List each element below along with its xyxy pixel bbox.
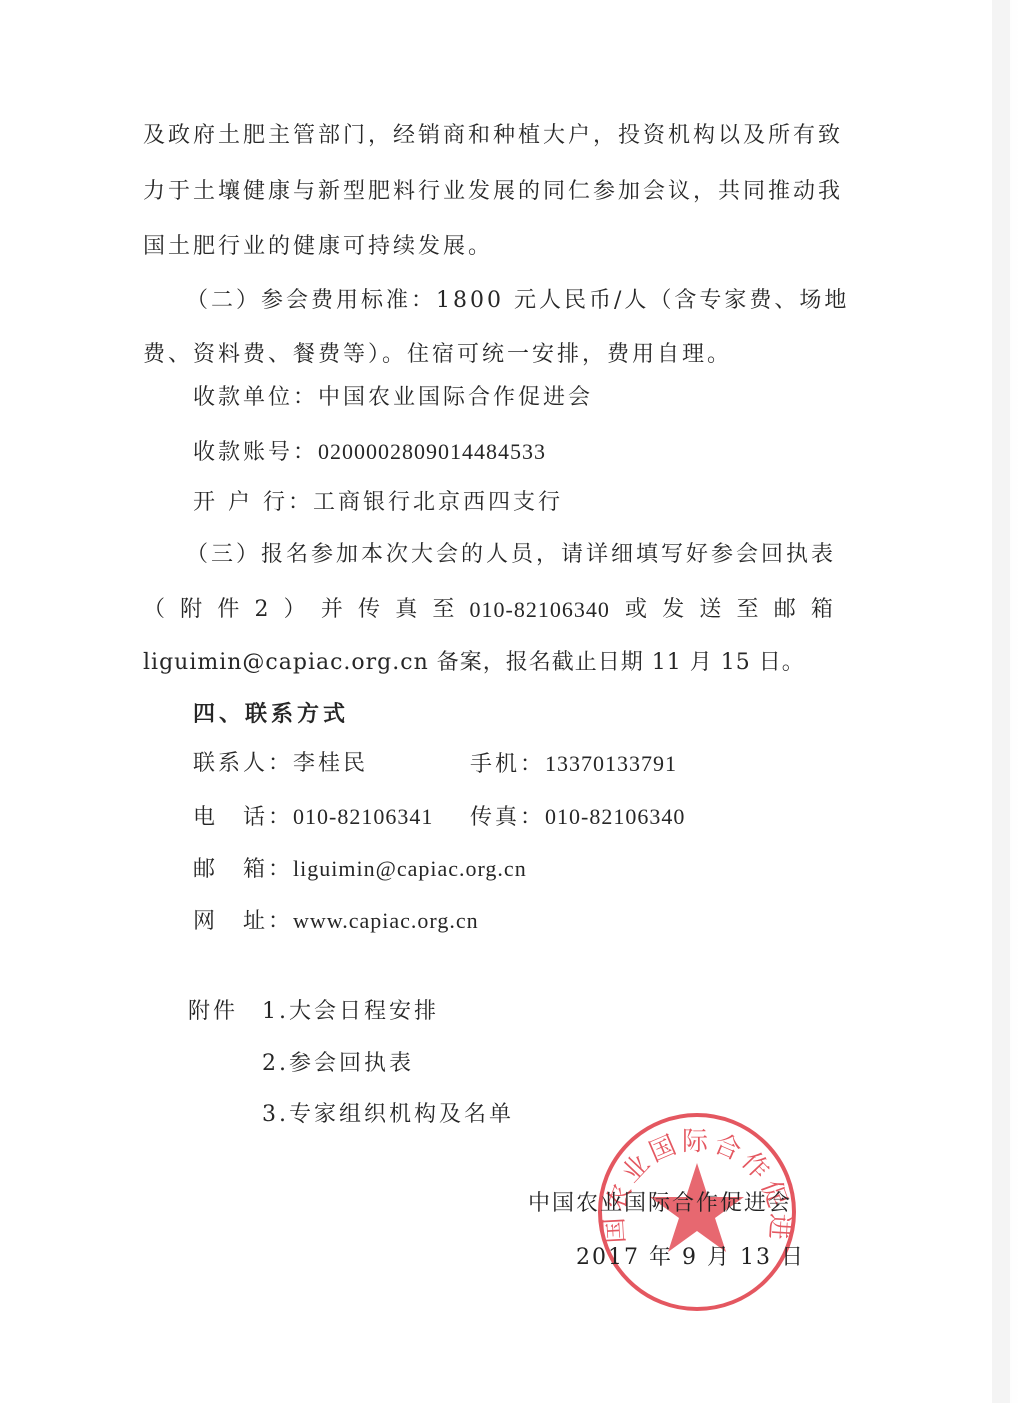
attachment-item-1: 1.大会日程安排 — [262, 997, 439, 1027]
attachments-label: 附件 — [188, 997, 238, 1027]
signature-date: 2017 年 9 月 13 日 — [576, 1243, 805, 1273]
registration-line-1: （三）报名参加本次大会的人员，请详细填写好参会回执表 — [186, 540, 836, 570]
bank-row: 开 户 行：工商银行北京西四支行 — [193, 488, 563, 518]
fee-line-1: （二）参会费用标准：1800 元人民币/人（含专家费、场地 — [186, 286, 849, 316]
contact-person-row: 联系人：李桂民 — [193, 749, 368, 779]
account-label: 收款账号： — [193, 440, 318, 465]
fax-row: 传真：010-82106340 — [470, 802, 685, 833]
mobile-row: 手机：13370133791 — [470, 749, 677, 780]
phone-label: 电 话： — [193, 805, 293, 830]
contact-person-label: 联系人： — [193, 751, 293, 776]
email-label: 邮 箱： — [193, 857, 293, 882]
payee-label: 收款单位： — [193, 385, 318, 410]
account-row: 收款账号：0200002809014484533 — [193, 437, 546, 468]
bank-value: 工商银行北京西四支行 — [313, 490, 563, 515]
website-row: 网 址：www.capiac.org.cn — [193, 906, 479, 937]
fax-label: 传真： — [470, 805, 545, 830]
mobile-label: 手机： — [470, 752, 545, 777]
seal-text: 中国农业国际合作促进会 — [597, 1111, 795, 1244]
account-value: 0200002809014484533 — [318, 439, 546, 464]
fee-line-2: 费、资料费、餐费等）。住宿可统一安排，费用自理。 — [143, 340, 732, 370]
intro-line-3: 国土肥行业的健康可持续发展。 — [143, 232, 493, 262]
fax-number-inline: 010-82106340 — [470, 595, 610, 625]
fax-value: 010-82106340 — [545, 804, 685, 829]
phone-value: 010-82106341 — [293, 804, 433, 829]
payee-value: 中国农业国际合作促进会 — [318, 385, 593, 410]
contact-heading: 四、联系方式 — [193, 700, 349, 730]
email-row: 邮 箱：liguimin@capiac.org.cn — [193, 854, 527, 885]
intro-line-2: 力于土壤健康与新型肥料行业发展的同仁参加会议，共同推动我 — [143, 177, 843, 207]
website-label: 网 址： — [193, 909, 293, 934]
registration-line-2: （ 附 件 2 ） 并 传 真 至 010-82106340 或 发 送 至 邮… — [143, 595, 833, 625]
payee-row: 收款单位：中国农业国际合作促进会 — [193, 383, 593, 413]
attachment-item-2: 2.参会回执表 — [262, 1049, 414, 1079]
intro-line-1: 及政府土肥主管部门，经销商和种植大户，投资机构以及所有致 — [143, 121, 843, 151]
scan-page-edge — [992, 0, 1020, 1403]
registration-line-3: liguimin@capiac.org.cn 备案，报名截止日期 11 月 15… — [143, 648, 805, 678]
contact-person-value: 李桂民 — [293, 751, 368, 776]
bank-label: 开 户 行： — [193, 490, 313, 515]
mobile-value: 13370133791 — [545, 751, 677, 776]
attachment-item-3: 3.专家组织机构及名单 — [262, 1100, 514, 1130]
phone-row: 电 话：010-82106341 — [193, 802, 433, 833]
website-link[interactable]: www.capiac.org.cn — [293, 908, 479, 933]
signature-organization: 中国农业国际合作促进会 — [528, 1189, 792, 1219]
email-link[interactable]: liguimin@capiac.org.cn — [293, 856, 527, 881]
